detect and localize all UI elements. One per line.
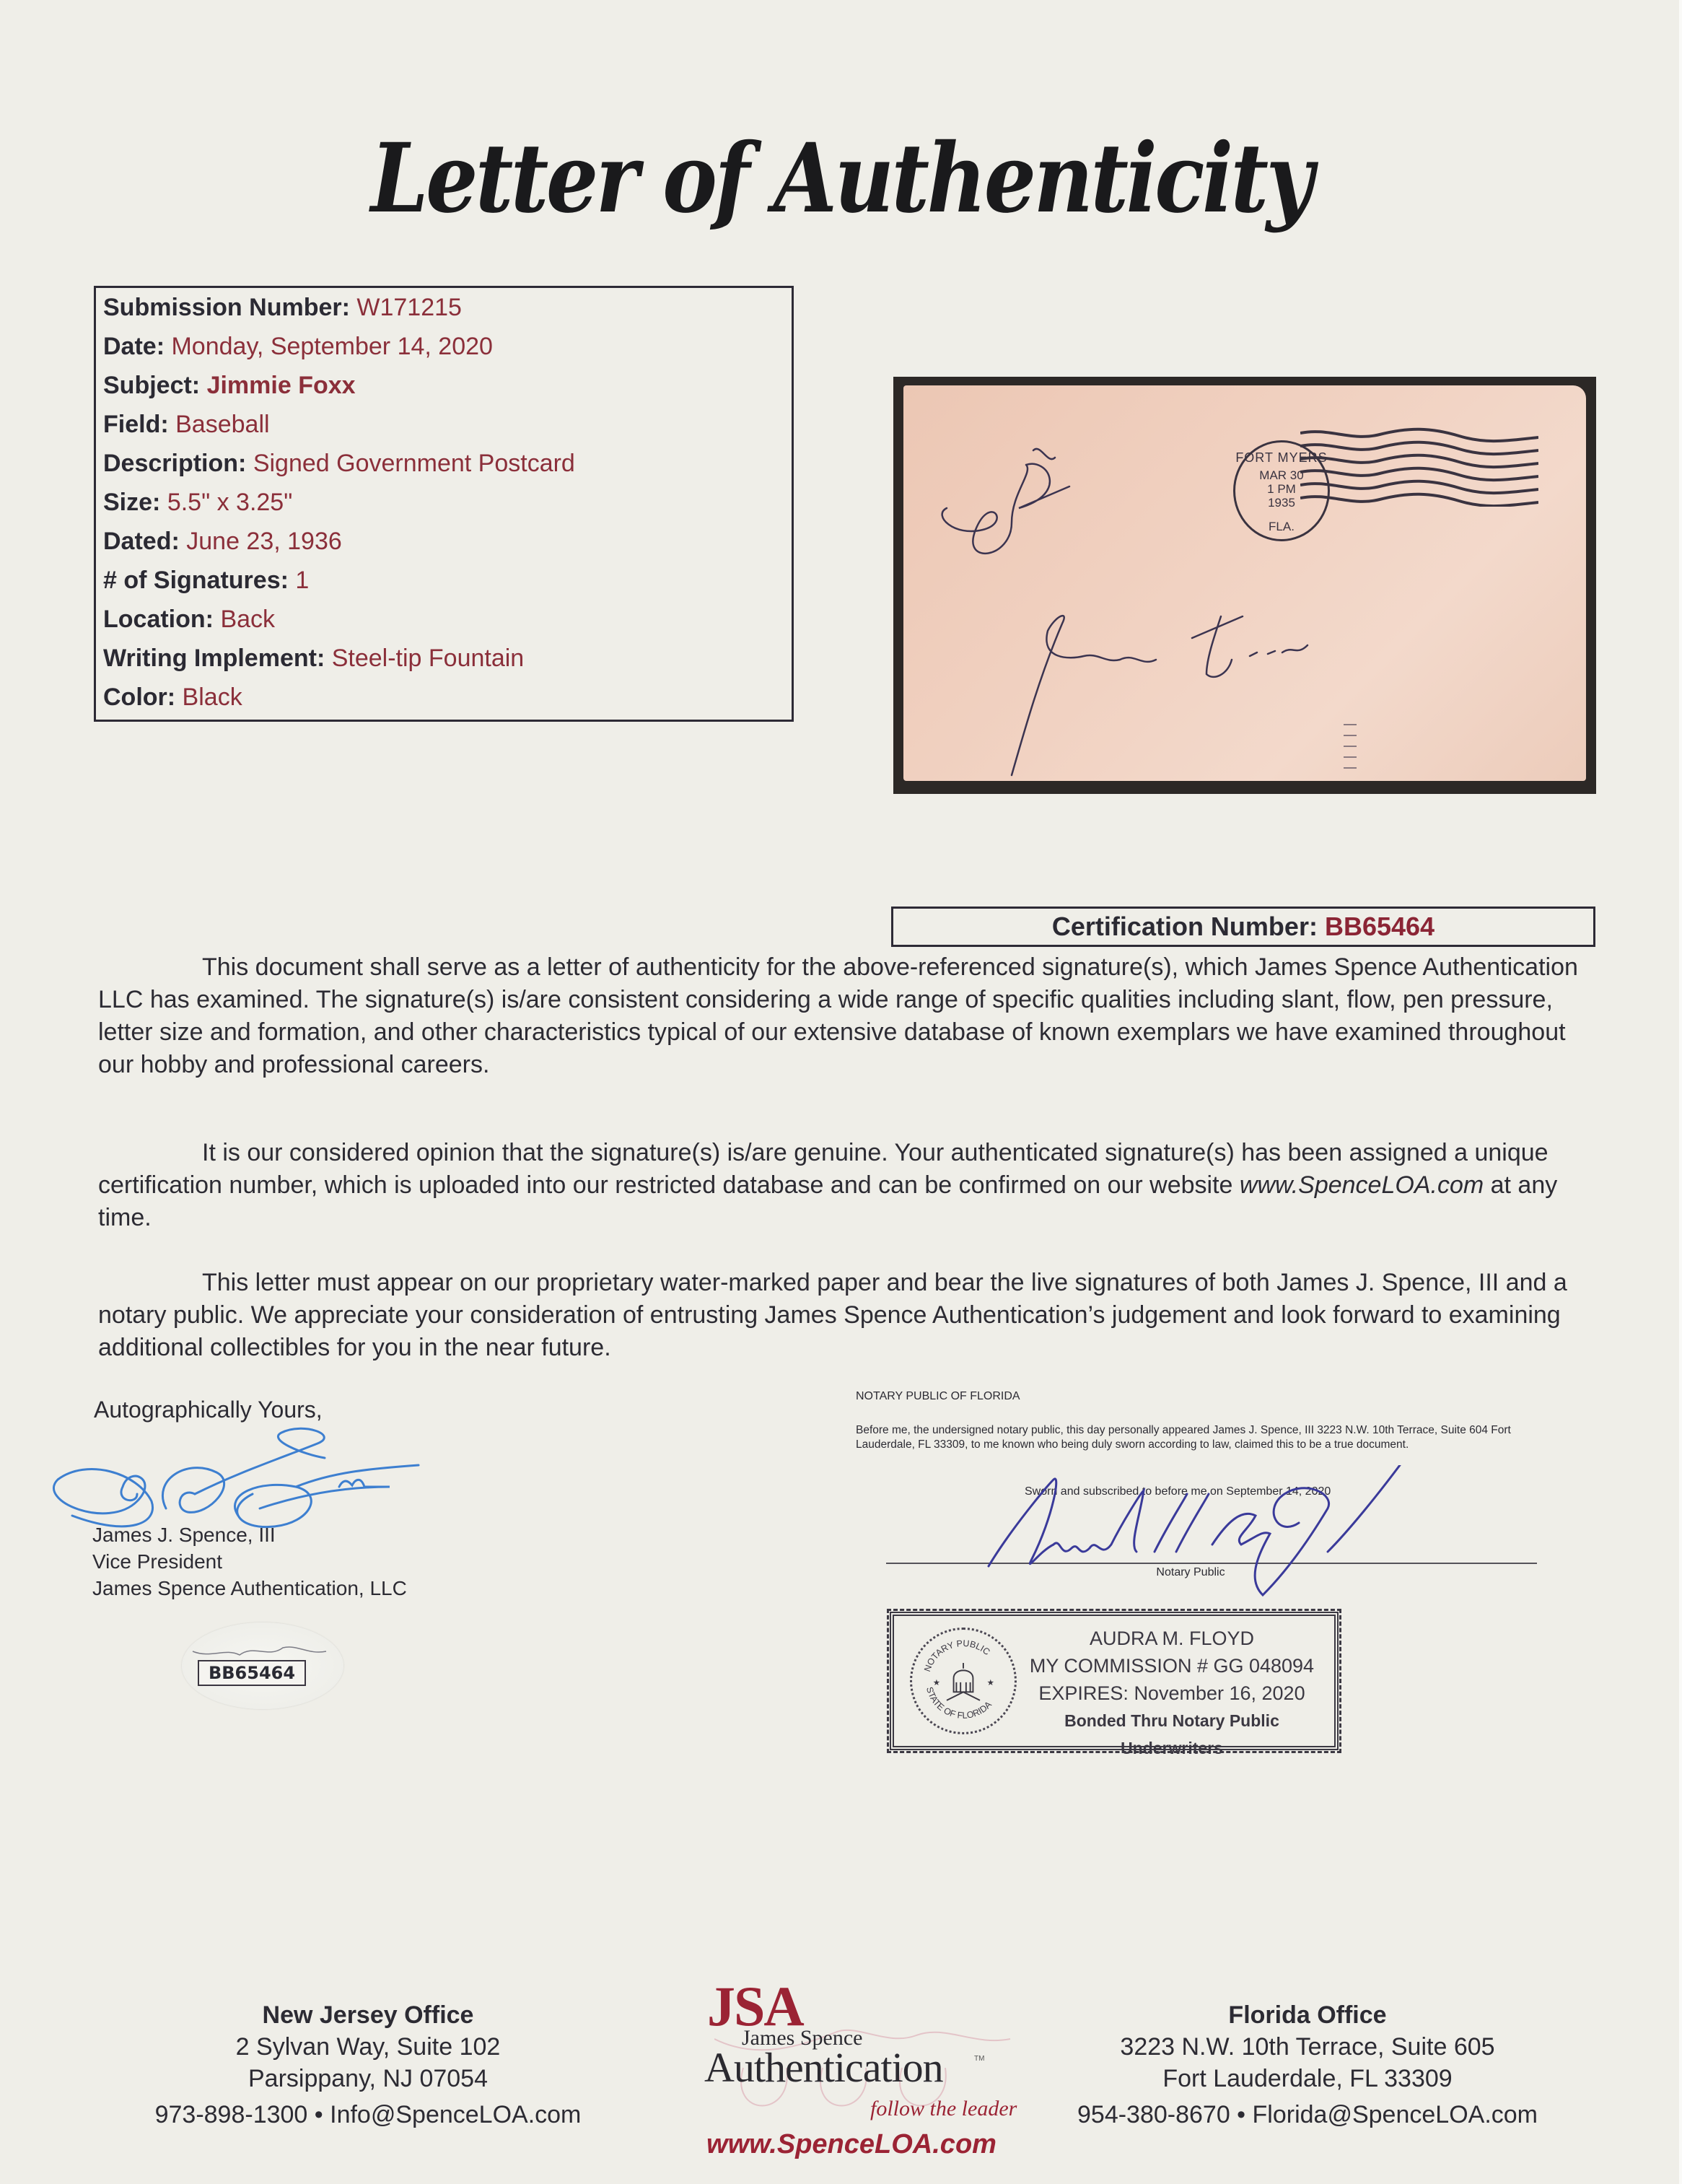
- detail-value: Steel-tip Fountain: [332, 645, 525, 672]
- detail-label: Date:: [103, 333, 165, 360]
- office-title: Florida Office: [1033, 1999, 1582, 2031]
- signer-name: James J. Spence, III: [92, 1521, 407, 1548]
- office-address-line1: 3223 N.W. 10th Terrace, Suite 605: [1033, 2031, 1582, 2063]
- notary-commission: MY COMMISSION # GG 048094: [1017, 1652, 1327, 1680]
- detail-label: Subject:: [103, 372, 200, 399]
- notary-bonded: Bonded Thru Notary Public Underwriters: [1017, 1707, 1327, 1762]
- paragraph-examination: This document shall serve as a letter of…: [98, 951, 1585, 1081]
- detail-row: Location: Back: [103, 600, 792, 639]
- logo-tagline: follow the leader: [870, 2097, 1017, 2121]
- office-address-line1: 2 Sylvan Way, Suite 102: [94, 2031, 642, 2063]
- footer-website-link[interactable]: www.SpenceLOA.com: [678, 2129, 1025, 2160]
- signer-company: James Spence Authentication, LLC: [92, 1575, 407, 1602]
- detail-value: W171215: [356, 294, 462, 321]
- office-contact[interactable]: 954-380-8670 • Florida@SpenceLOA.com: [1033, 2099, 1582, 2131]
- detail-value: Black: [183, 683, 242, 711]
- details-box: Submission Number: W171215Date: Monday, …: [94, 286, 794, 722]
- detail-row: Dated: June 23, 1936: [103, 522, 792, 561]
- paragraph-paper-notice: This letter must appear on our proprieta…: [98, 1267, 1585, 1364]
- office-new-jersey: New Jersey Office 2 Sylvan Way, Suite 10…: [94, 1999, 642, 2131]
- svg-text:★: ★: [933, 1679, 940, 1687]
- detail-label: Writing Implement:: [103, 645, 325, 672]
- office-address-line2: Parsippany, NJ 07054: [94, 2063, 642, 2095]
- detail-value: 5.5" x 3.25": [167, 489, 292, 516]
- office-address-line2: Fort Lauderdale, FL 33309: [1033, 2063, 1582, 2095]
- svg-text:★: ★: [987, 1679, 994, 1687]
- detail-value: Baseball: [175, 411, 269, 438]
- detail-label: Size:: [103, 489, 160, 516]
- foxx-signature-icon: [903, 385, 1586, 781]
- jsa-logo: JSA James Spence Authentication TM follo…: [685, 1974, 1017, 2147]
- certification-value: BB65464: [1325, 912, 1434, 941]
- hologram-number: BB65464: [198, 1660, 306, 1686]
- office-florida: Florida Office 3223 N.W. 10th Terrace, S…: [1033, 1999, 1582, 2131]
- detail-row: Description: Signed Government Postcard: [103, 444, 792, 483]
- detail-row: Color: Black: [103, 678, 792, 717]
- detail-value: Monday, September 14, 2020: [171, 333, 492, 360]
- page-title: Letter of Authenticity: [118, 123, 1564, 235]
- signer-title: Vice President: [92, 1548, 407, 1575]
- website-link[interactable]: www.SpenceLOA.com: [1240, 1171, 1484, 1199]
- certification-label: Certification Number:: [1052, 912, 1318, 941]
- hologram-sticker: BB65464: [182, 1622, 343, 1709]
- logo-trademark: TM: [974, 2055, 984, 2063]
- detail-value: Signed Government Postcard: [253, 450, 575, 477]
- detail-value: 1: [295, 567, 309, 594]
- notary-statement: Before me, the undersigned notary public…: [856, 1423, 1570, 1452]
- logo-authentication: Authentication: [704, 2043, 943, 2092]
- paragraph-3-text: This letter must appear on our proprieta…: [98, 1267, 1585, 1364]
- detail-label: Color:: [103, 683, 175, 711]
- paragraph-2-text: It is our considered opinion that the si…: [98, 1137, 1585, 1234]
- detail-row: Submission Number: W171215: [103, 288, 792, 327]
- detail-label: Description:: [103, 450, 246, 477]
- svg-text:NOTARY PUBLIC: NOTARY PUBLIC: [922, 1638, 992, 1673]
- notary-signature-icon: [967, 1465, 1458, 1609]
- detail-label: Dated:: [103, 528, 180, 555]
- detail-label: # of Signatures:: [103, 567, 289, 594]
- svg-text:STATE OF FLORIDA: STATE OF FLORIDA: [924, 1686, 994, 1721]
- page-edge: [1679, 0, 1682, 2184]
- detail-row: Date: Monday, September 14, 2020: [103, 327, 792, 366]
- florida-seal-icon: NOTARY PUBLIC STATE OF FLORIDA ★ ★: [910, 1628, 1017, 1734]
- detail-row: Subject: Jimmie Foxx: [103, 366, 792, 405]
- office-contact[interactable]: 973-898-1300 • Info@SpenceLOA.com: [94, 2099, 642, 2131]
- detail-row: Size: 5.5" x 3.25": [103, 483, 792, 522]
- paragraph-1-text: This document shall serve as a letter of…: [98, 951, 1585, 1081]
- postcard-photo: FORT MYERS MAR 30 1 PM 1935 FLA.: [893, 377, 1596, 794]
- detail-label: Submission Number:: [103, 294, 350, 321]
- detail-row: Field: Baseball: [103, 405, 792, 444]
- stamp-text: AUDRA M. FLOYD MY COMMISSION # GG 048094…: [1017, 1625, 1327, 1762]
- detail-value: June 23, 1936: [186, 528, 342, 555]
- capitol-dome-icon: NOTARY PUBLIC STATE OF FLORIDA ★ ★: [912, 1630, 1015, 1732]
- detail-row: # of Signatures: 1: [103, 561, 792, 600]
- postcard: FORT MYERS MAR 30 1 PM 1935 FLA.: [903, 385, 1586, 781]
- notary-stamp: NOTARY PUBLIC STATE OF FLORIDA ★ ★ AUDRA…: [890, 1612, 1339, 1750]
- detail-value: Back: [220, 606, 275, 633]
- notary-heading: NOTARY PUBLIC OF FLORIDA: [856, 1390, 1020, 1403]
- notary-name: AUDRA M. FLOYD: [1017, 1625, 1327, 1652]
- notary-expiration: EXPIRES: November 16, 2020: [1017, 1680, 1327, 1707]
- paragraph-opinion: It is our considered opinion that the si…: [98, 1137, 1585, 1234]
- detail-label: Location:: [103, 606, 214, 633]
- detail-label: Field:: [103, 411, 169, 438]
- office-title: New Jersey Office: [94, 1999, 642, 2031]
- signer-block: James J. Spence, III Vice President Jame…: [92, 1521, 407, 1602]
- detail-value: Jimmie Foxx: [207, 372, 356, 399]
- detail-row: Writing Implement: Steel-tip Fountain: [103, 639, 792, 678]
- certification-number: Certification Number: BB65464: [891, 907, 1595, 947]
